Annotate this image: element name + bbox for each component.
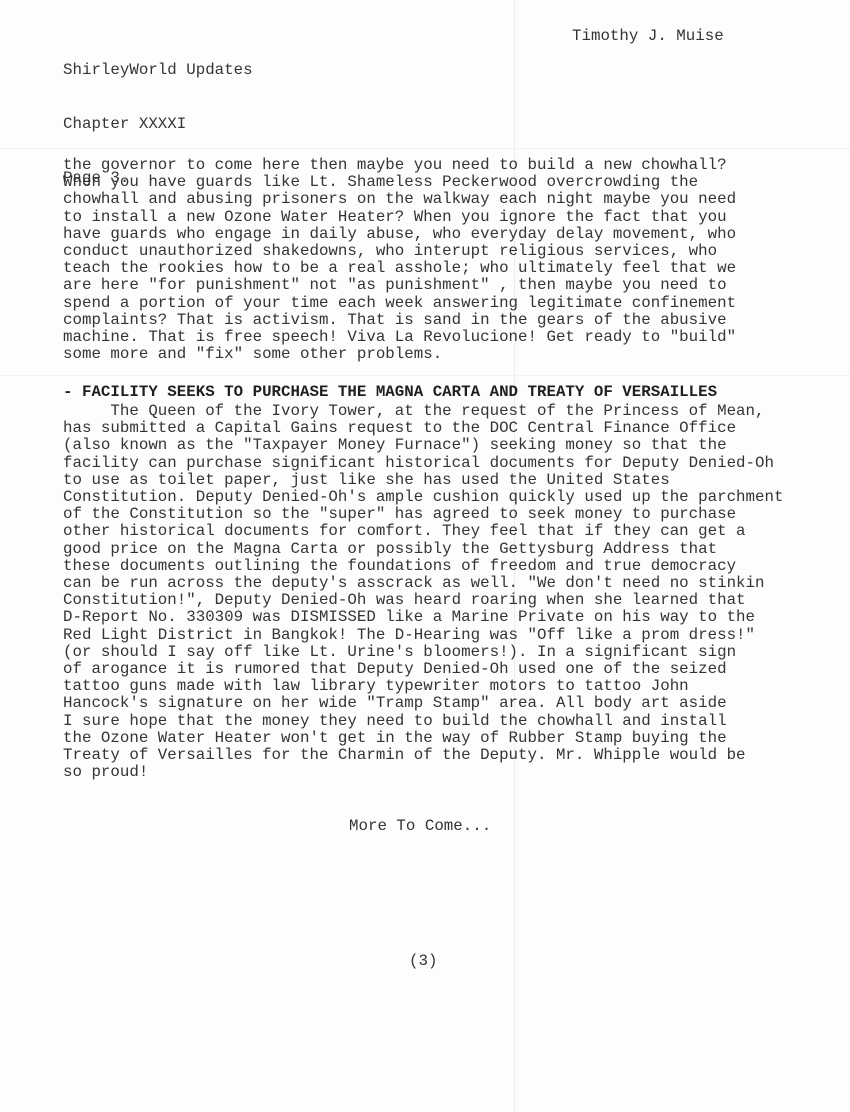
scan-artifact-line <box>0 375 850 376</box>
paragraph-activism: the governor to come here then maybe you… <box>63 157 736 363</box>
closing-line: More To Come... <box>349 818 491 835</box>
chapter-label: Chapter XXXXI <box>63 115 253 133</box>
paragraph-magna-carta: The Queen of the Ivory Tower, at the req… <box>63 403 783 781</box>
publication-title: ShirleyWorld Updates <box>63 61 253 79</box>
section-heading: - FACILITY SEEKS TO PURCHASE THE MAGNA C… <box>63 384 717 401</box>
page-number: (3) <box>409 953 437 970</box>
author-name: Timothy J. Muise <box>572 27 724 45</box>
typewritten-document-page: ShirleyWorld Updates Chapter XXXXI Page … <box>0 0 850 1112</box>
